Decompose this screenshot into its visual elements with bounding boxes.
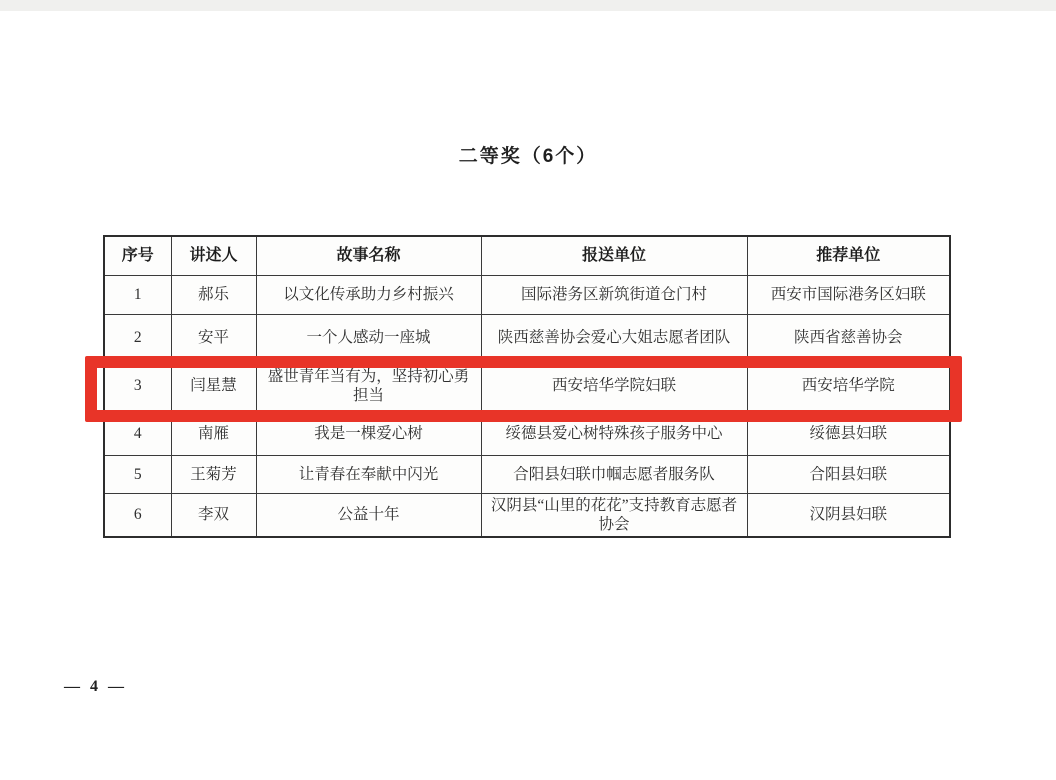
col-header-index: 序号 xyxy=(104,236,171,275)
cell-recommending-unit: 合阳县妇联 xyxy=(747,455,950,493)
cell-narrator: 李双 xyxy=(171,493,256,537)
cell-story-name: 让青春在奉献中闪光 xyxy=(256,455,481,493)
cell-index: 6 xyxy=(104,493,171,537)
table-row: 6 李双 公益十年 汉阴县“山里的花花”支持教育志愿者协会 汉阴县妇联 xyxy=(104,493,950,537)
cell-recommending-unit: 西安市国际港务区妇联 xyxy=(747,275,950,314)
col-header-narrator: 讲述人 xyxy=(171,236,256,275)
cell-story-name: 以文化传承助力乡村振兴 xyxy=(256,275,481,314)
cell-submitting-unit: 陕西慈善协会爱心大姐志愿者团队 xyxy=(481,314,747,360)
cell-recommending-unit: 陕西省慈善协会 xyxy=(747,314,950,360)
col-header-recommending-unit: 推荐单位 xyxy=(747,236,950,275)
cell-index: 2 xyxy=(104,314,171,360)
cell-narrator: 郝乐 xyxy=(171,275,256,314)
page-number: — 4 — xyxy=(64,678,127,696)
cell-story-name: 公益十年 xyxy=(256,493,481,537)
table-row: 1 郝乐 以文化传承助力乡村振兴 国际港务区新筑街道仓门村 西安市国际港务区妇联 xyxy=(104,275,950,314)
highlight-annotation-box xyxy=(85,356,962,422)
col-header-story-name: 故事名称 xyxy=(256,236,481,275)
cell-submitting-unit: 合阳县妇联巾帼志愿者服务队 xyxy=(481,455,747,493)
cell-index: 1 xyxy=(104,275,171,314)
table-row: 5 王菊芳 让青春在奉献中闪光 合阳县妇联巾帼志愿者服务队 合阳县妇联 xyxy=(104,455,950,493)
section-title: 二等奖（6个） xyxy=(0,141,1056,168)
cell-narrator: 安平 xyxy=(171,314,256,360)
cell-story-name: 一个人感动一座城 xyxy=(256,314,481,360)
cell-submitting-unit: 国际港务区新筑街道仓门村 xyxy=(481,275,747,314)
table-row: 2 安平 一个人感动一座城 陕西慈善协会爱心大姐志愿者团队 陕西省慈善协会 xyxy=(104,314,950,360)
table-header-row: 序号 讲述人 故事名称 报送单位 推荐单位 xyxy=(104,236,950,275)
cell-submitting-unit: 汉阴县“山里的花花”支持教育志愿者协会 xyxy=(481,493,747,537)
scan-edge-strip xyxy=(0,0,1056,11)
cell-recommending-unit: 汉阴县妇联 xyxy=(747,493,950,537)
cell-index: 5 xyxy=(104,455,171,493)
cell-narrator: 王菊芳 xyxy=(171,455,256,493)
col-header-submitting-unit: 报送单位 xyxy=(481,236,747,275)
